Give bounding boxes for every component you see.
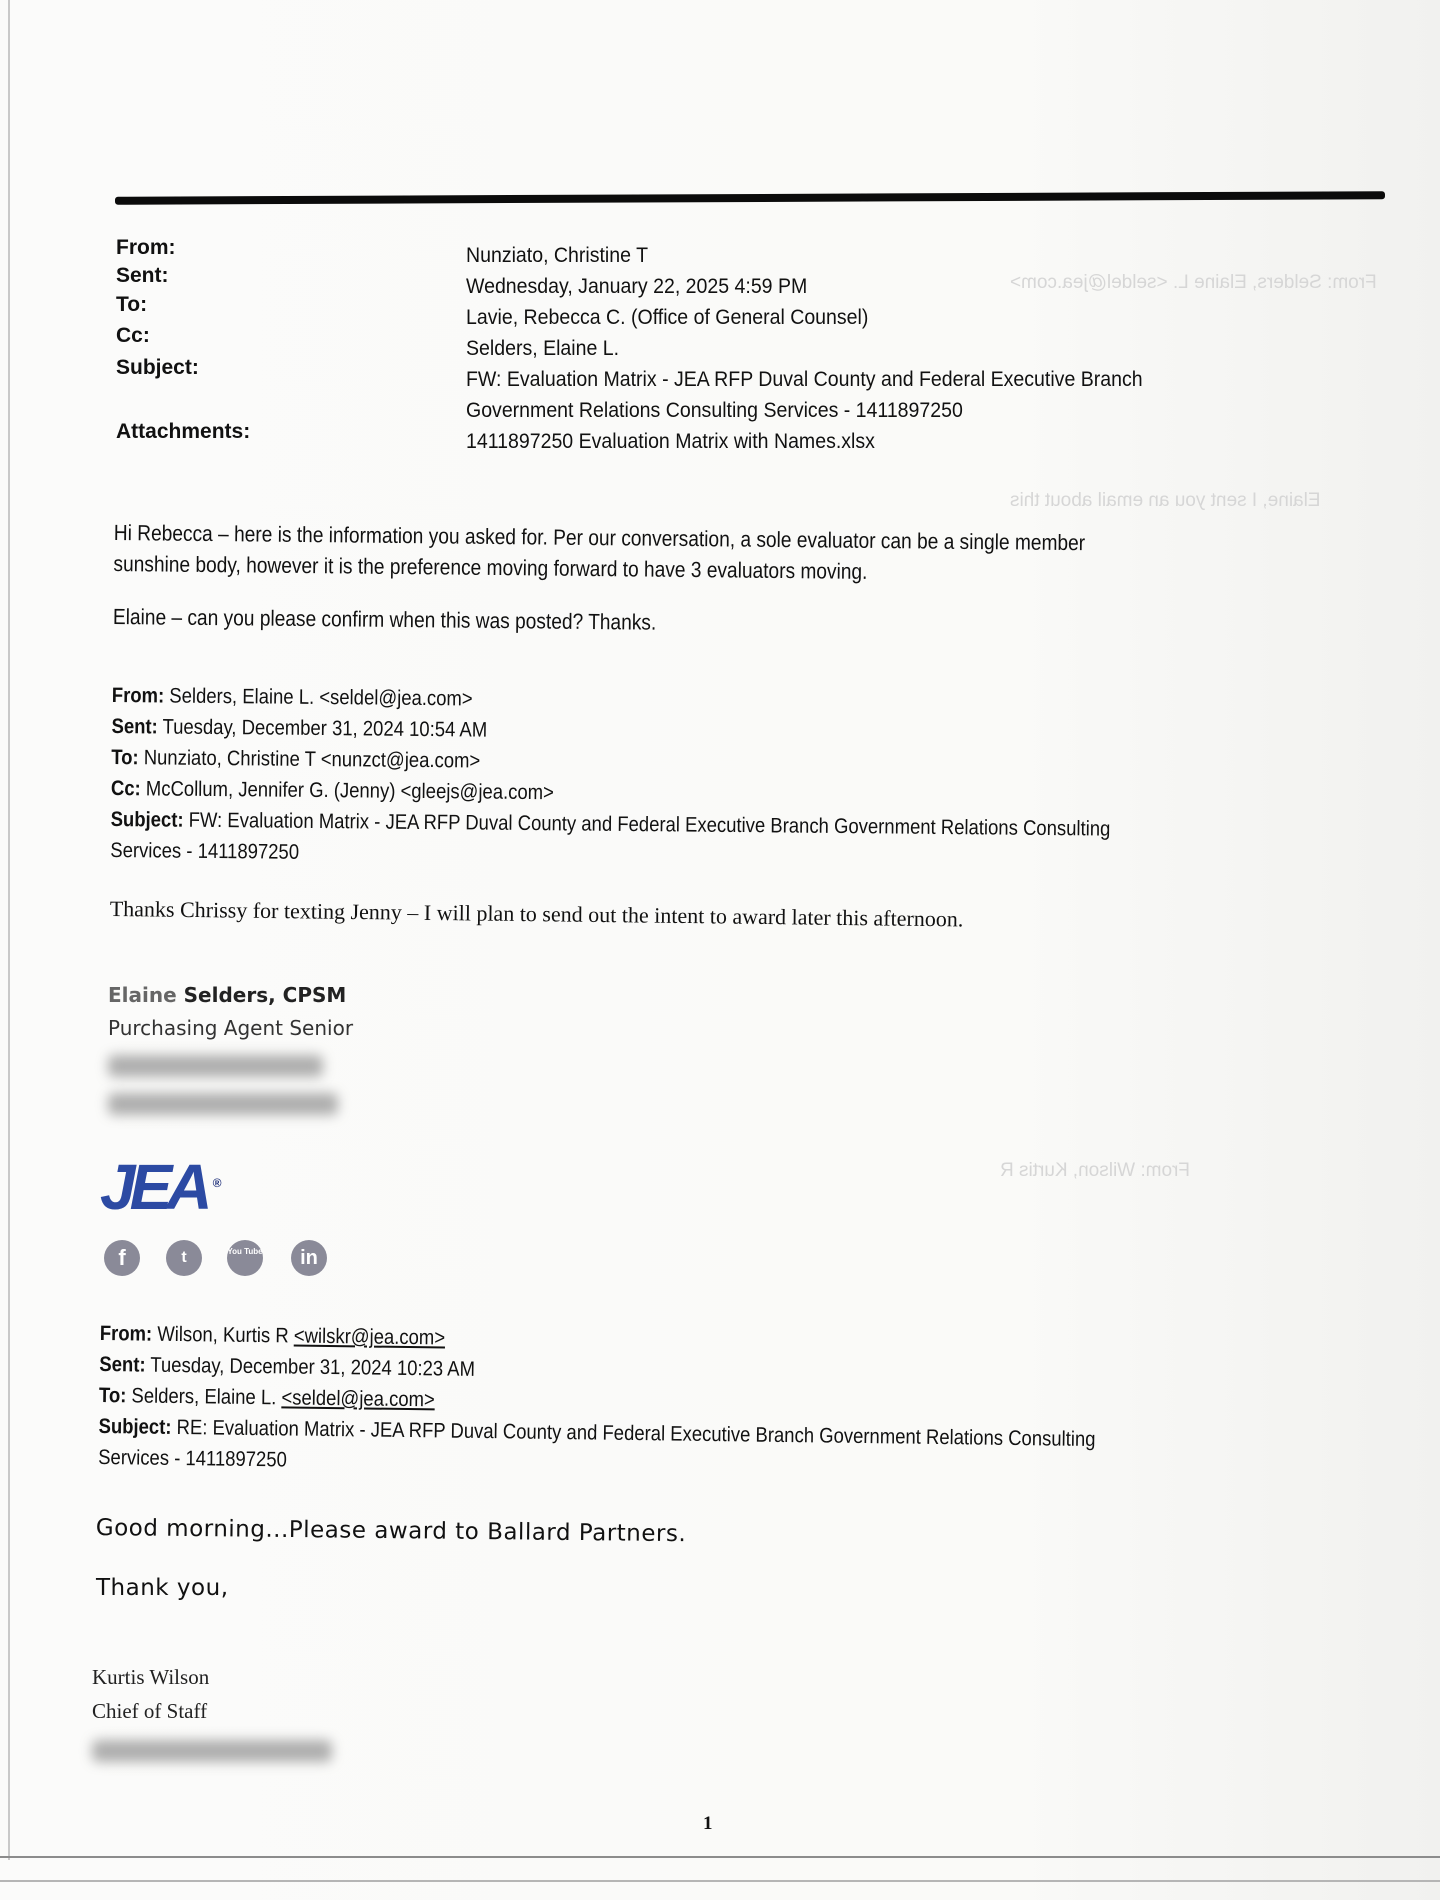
page-bottom-edge	[0, 1880, 1440, 1882]
from-label: From:	[112, 684, 165, 708]
sent-value: Wednesday, January 22, 2025 4:59 PM	[466, 271, 807, 302]
from-value: Selders, Elaine L. <seldel@jea.com>	[164, 685, 473, 711]
forward1-body: Thanks Chrissy for texting Jenny – I wil…	[110, 893, 964, 934]
youtube-icon[interactable]: You Tube	[227, 1240, 263, 1276]
scanned-page: From: Selders, Elaine L. <seldel@jea.com…	[0, 0, 1440, 1900]
cc-value: McCollum, Jennifer G. (Jenny) <gleejs@je…	[141, 777, 554, 804]
redacted-phone	[92, 1740, 332, 1762]
forwarded-header-1: From: Selders, Elaine L. <seldel@jea.com…	[110, 680, 1248, 877]
from-email-link[interactable]: <wilskr@jea.com>	[294, 1325, 446, 1350]
bleed-through-text: From: Selders, Elaine L. <seldel@jea.com…	[1010, 272, 1377, 294]
subject-label: Subject:	[98, 1415, 171, 1439]
attachment-file[interactable]: 1411897250 Evaluation Matrix with Names.…	[466, 426, 875, 457]
sent-label: Sent:	[111, 715, 157, 738]
attachments-label: Attachments:	[116, 416, 250, 447]
body-line: Elaine – can you please confirm when thi…	[113, 601, 1085, 642]
cc-label: Cc:	[111, 777, 141, 800]
to-value: Nunziato, Christine T <nunzct@jea.com>	[139, 746, 481, 772]
sent-label: Sent:	[99, 1353, 145, 1377]
subject-label: Subject:	[111, 808, 184, 832]
signature-title: Purchasing Agent Senior	[108, 1013, 353, 1044]
subject-line-1: FW: Evaluation Matrix - JEA RFP Duval Co…	[466, 364, 1143, 395]
from-label: From:	[100, 1322, 153, 1346]
twitter-icon[interactable]: t	[166, 1240, 202, 1276]
to-label: To:	[99, 1384, 127, 1407]
redacted-phone	[108, 1055, 323, 1077]
forwarded-header-2: From: Wilson, Kurtis R <wilskr@jea.com> …	[98, 1318, 1233, 1488]
sent-label: Sent:	[116, 260, 169, 291]
sent-value: Tuesday, December 31, 2024 10:23 AM	[145, 1354, 475, 1381]
linkedin-icon[interactable]: in	[291, 1240, 327, 1276]
subject-label: Subject:	[116, 352, 199, 383]
to-label: To:	[116, 289, 147, 320]
from-value: Nunziato, Christine T	[466, 240, 648, 271]
signature2-title: Chief of Staff	[92, 1699, 207, 1724]
cc-label: Cc:	[116, 320, 150, 351]
page-number: 1	[703, 1813, 713, 1835]
redacted-phone	[108, 1093, 338, 1115]
cc-value: Selders, Elaine L.	[466, 333, 619, 364]
award-message: Good morning...Please award to Ballard P…	[96, 1515, 687, 1547]
sent-value: Tuesday, December 31, 2024 10:54 AM	[158, 715, 488, 741]
subject-line-1: FW: Evaluation Matrix - JEA RFP Duval Co…	[183, 809, 1110, 841]
to-label: To:	[111, 746, 139, 769]
message-body: Hi Rebecca – here is the information you…	[113, 517, 1231, 644]
bleed-through-text: From: Wilson, Kurtis R	[1000, 1160, 1190, 1182]
signature2-name: Kurtis Wilson	[92, 1665, 209, 1690]
jea-logo: JEA®	[100, 1150, 221, 1224]
from-name: Wilson, Kurtis R	[152, 1323, 294, 1348]
closing: Thank you,	[96, 1575, 229, 1601]
facebook-icon[interactable]: f	[104, 1240, 140, 1276]
to-name: Selders, Elaine L.	[126, 1384, 281, 1409]
from-label: From:	[116, 232, 176, 263]
bleed-through-text: Elaine, I sent you an email about this	[1010, 490, 1321, 512]
page-edge	[8, 0, 10, 1860]
to-value: Lavie, Rebecca C. (Office of General Cou…	[466, 302, 868, 333]
to-email-link[interactable]: <seldel@jea.com>	[281, 1386, 435, 1411]
signature-name: Elaine Selders, CPSM	[108, 980, 346, 1011]
subject-line-2: Government Relations Consulting Services…	[466, 395, 963, 426]
page-bottom-edge	[0, 1856, 1440, 1858]
header-divider	[115, 191, 1385, 205]
